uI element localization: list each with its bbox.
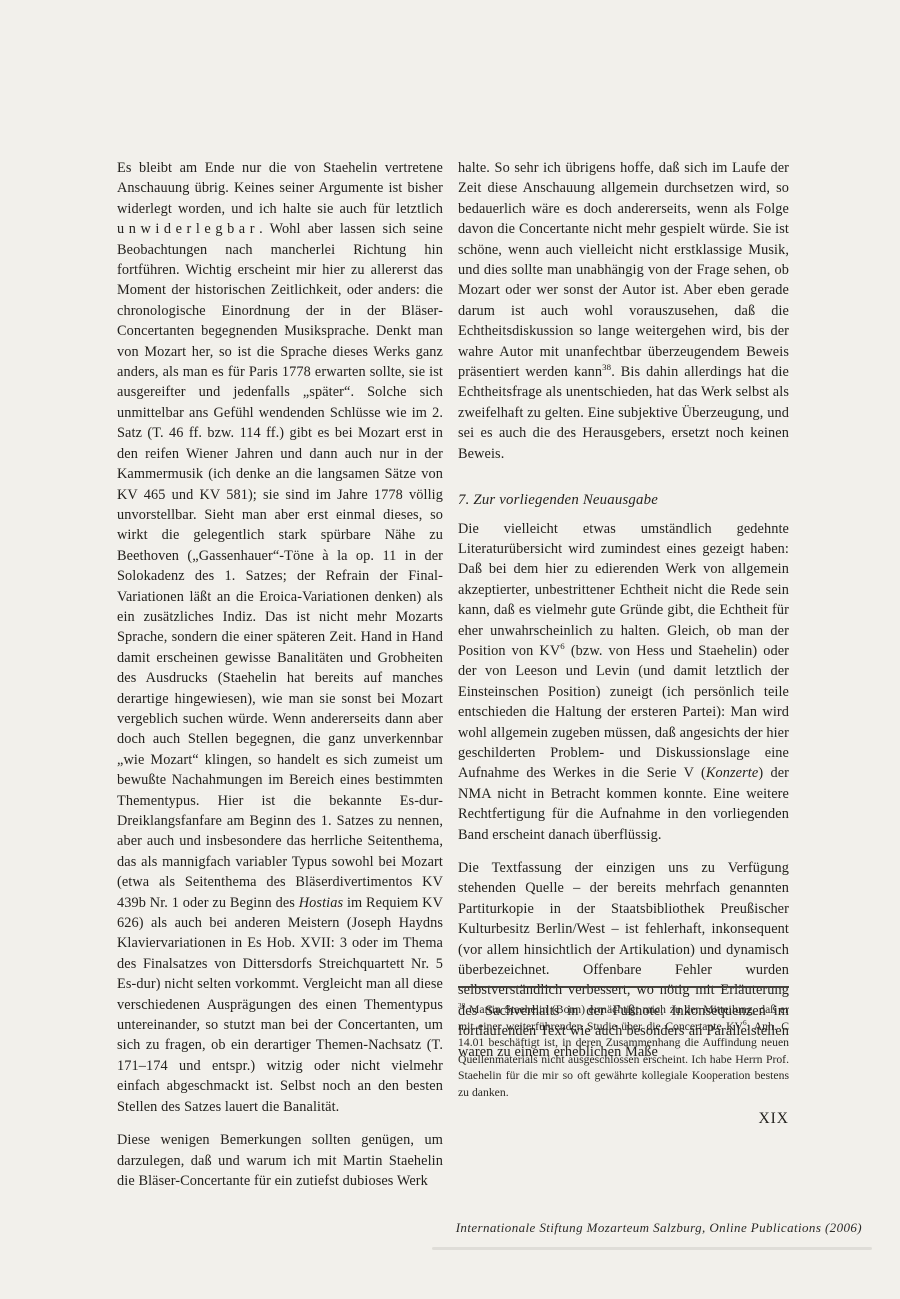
paragraph: Es bleibt am Ende nur die von Staehelin … [117, 158, 443, 1117]
footnote-separator-rule [458, 986, 789, 988]
scan-artifact-line [432, 1247, 872, 1250]
page-number: XIX [458, 1110, 789, 1128]
footnote-text: 38 Martin Staehelin (Bonn) ermächtigt mi… [458, 1002, 789, 1102]
footer-credit: Internationale Stiftung Mozarteum Salzbu… [0, 1220, 862, 1236]
document-page: Es bleibt am Ende nur die von Staehelin … [0, 0, 900, 1299]
left-text-column: Es bleibt am Ende nur die von Staehelin … [117, 158, 443, 1191]
paragraph: Die vielleicht etwas umständlich gedehnt… [458, 519, 789, 846]
paragraph: halte. So sehr ich übrigens hoffe, daß s… [458, 158, 789, 464]
right-text-column: halte. So sehr ich übrigens hoffe, daß s… [458, 158, 789, 1062]
section-heading: 7. Zur vorliegenden Neuausgabe [458, 490, 789, 510]
paragraph: Diese wenigen Bemerkungen sollten genüge… [117, 1130, 443, 1191]
footnote-block: 38 Martin Staehelin (Bonn) ermächtigt mi… [458, 986, 789, 1102]
